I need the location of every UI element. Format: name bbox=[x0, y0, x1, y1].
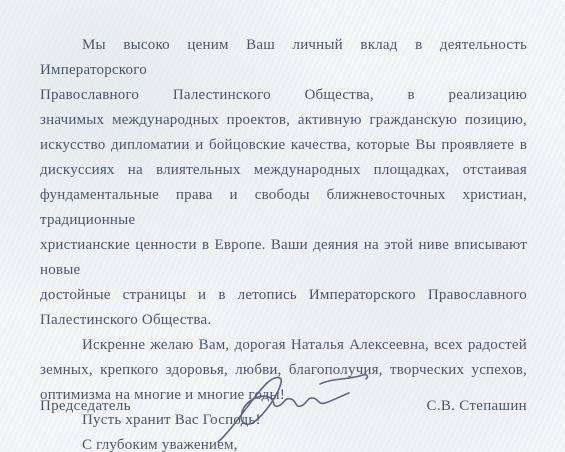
letter-line: значимых международных проектов, активну… bbox=[40, 108, 527, 133]
letter-line: Искренне желаю Вам, дорогая Наталья Алек… bbox=[40, 333, 527, 358]
letter-line: фундаментальные права и свободы ближнево… bbox=[40, 183, 527, 233]
sender-name: С.В. Степашин bbox=[427, 398, 527, 415]
handwritten-signature-icon bbox=[208, 368, 383, 450]
sender-title: Председатель bbox=[40, 398, 131, 415]
letter-line: Мы высоко ценим Ваш личный вклад в деяте… bbox=[40, 33, 527, 83]
letter-line: дискуссиях на влиятельных международных … bbox=[40, 158, 527, 183]
letter-page: Мы высоко ценим Ваш личный вклад в деяте… bbox=[0, 0, 565, 452]
letter-line: искусство дипломатии и бойцовские качест… bbox=[40, 133, 527, 158]
letter-line: Палестинского Общества. bbox=[40, 308, 527, 333]
letter-line: достойные страницы и в летопись Императо… bbox=[40, 283, 527, 308]
letter-line: христианские ценности в Европе. Ваши дея… bbox=[40, 233, 527, 283]
letter-line: Православного Палестинского Общества, в … bbox=[40, 83, 527, 108]
